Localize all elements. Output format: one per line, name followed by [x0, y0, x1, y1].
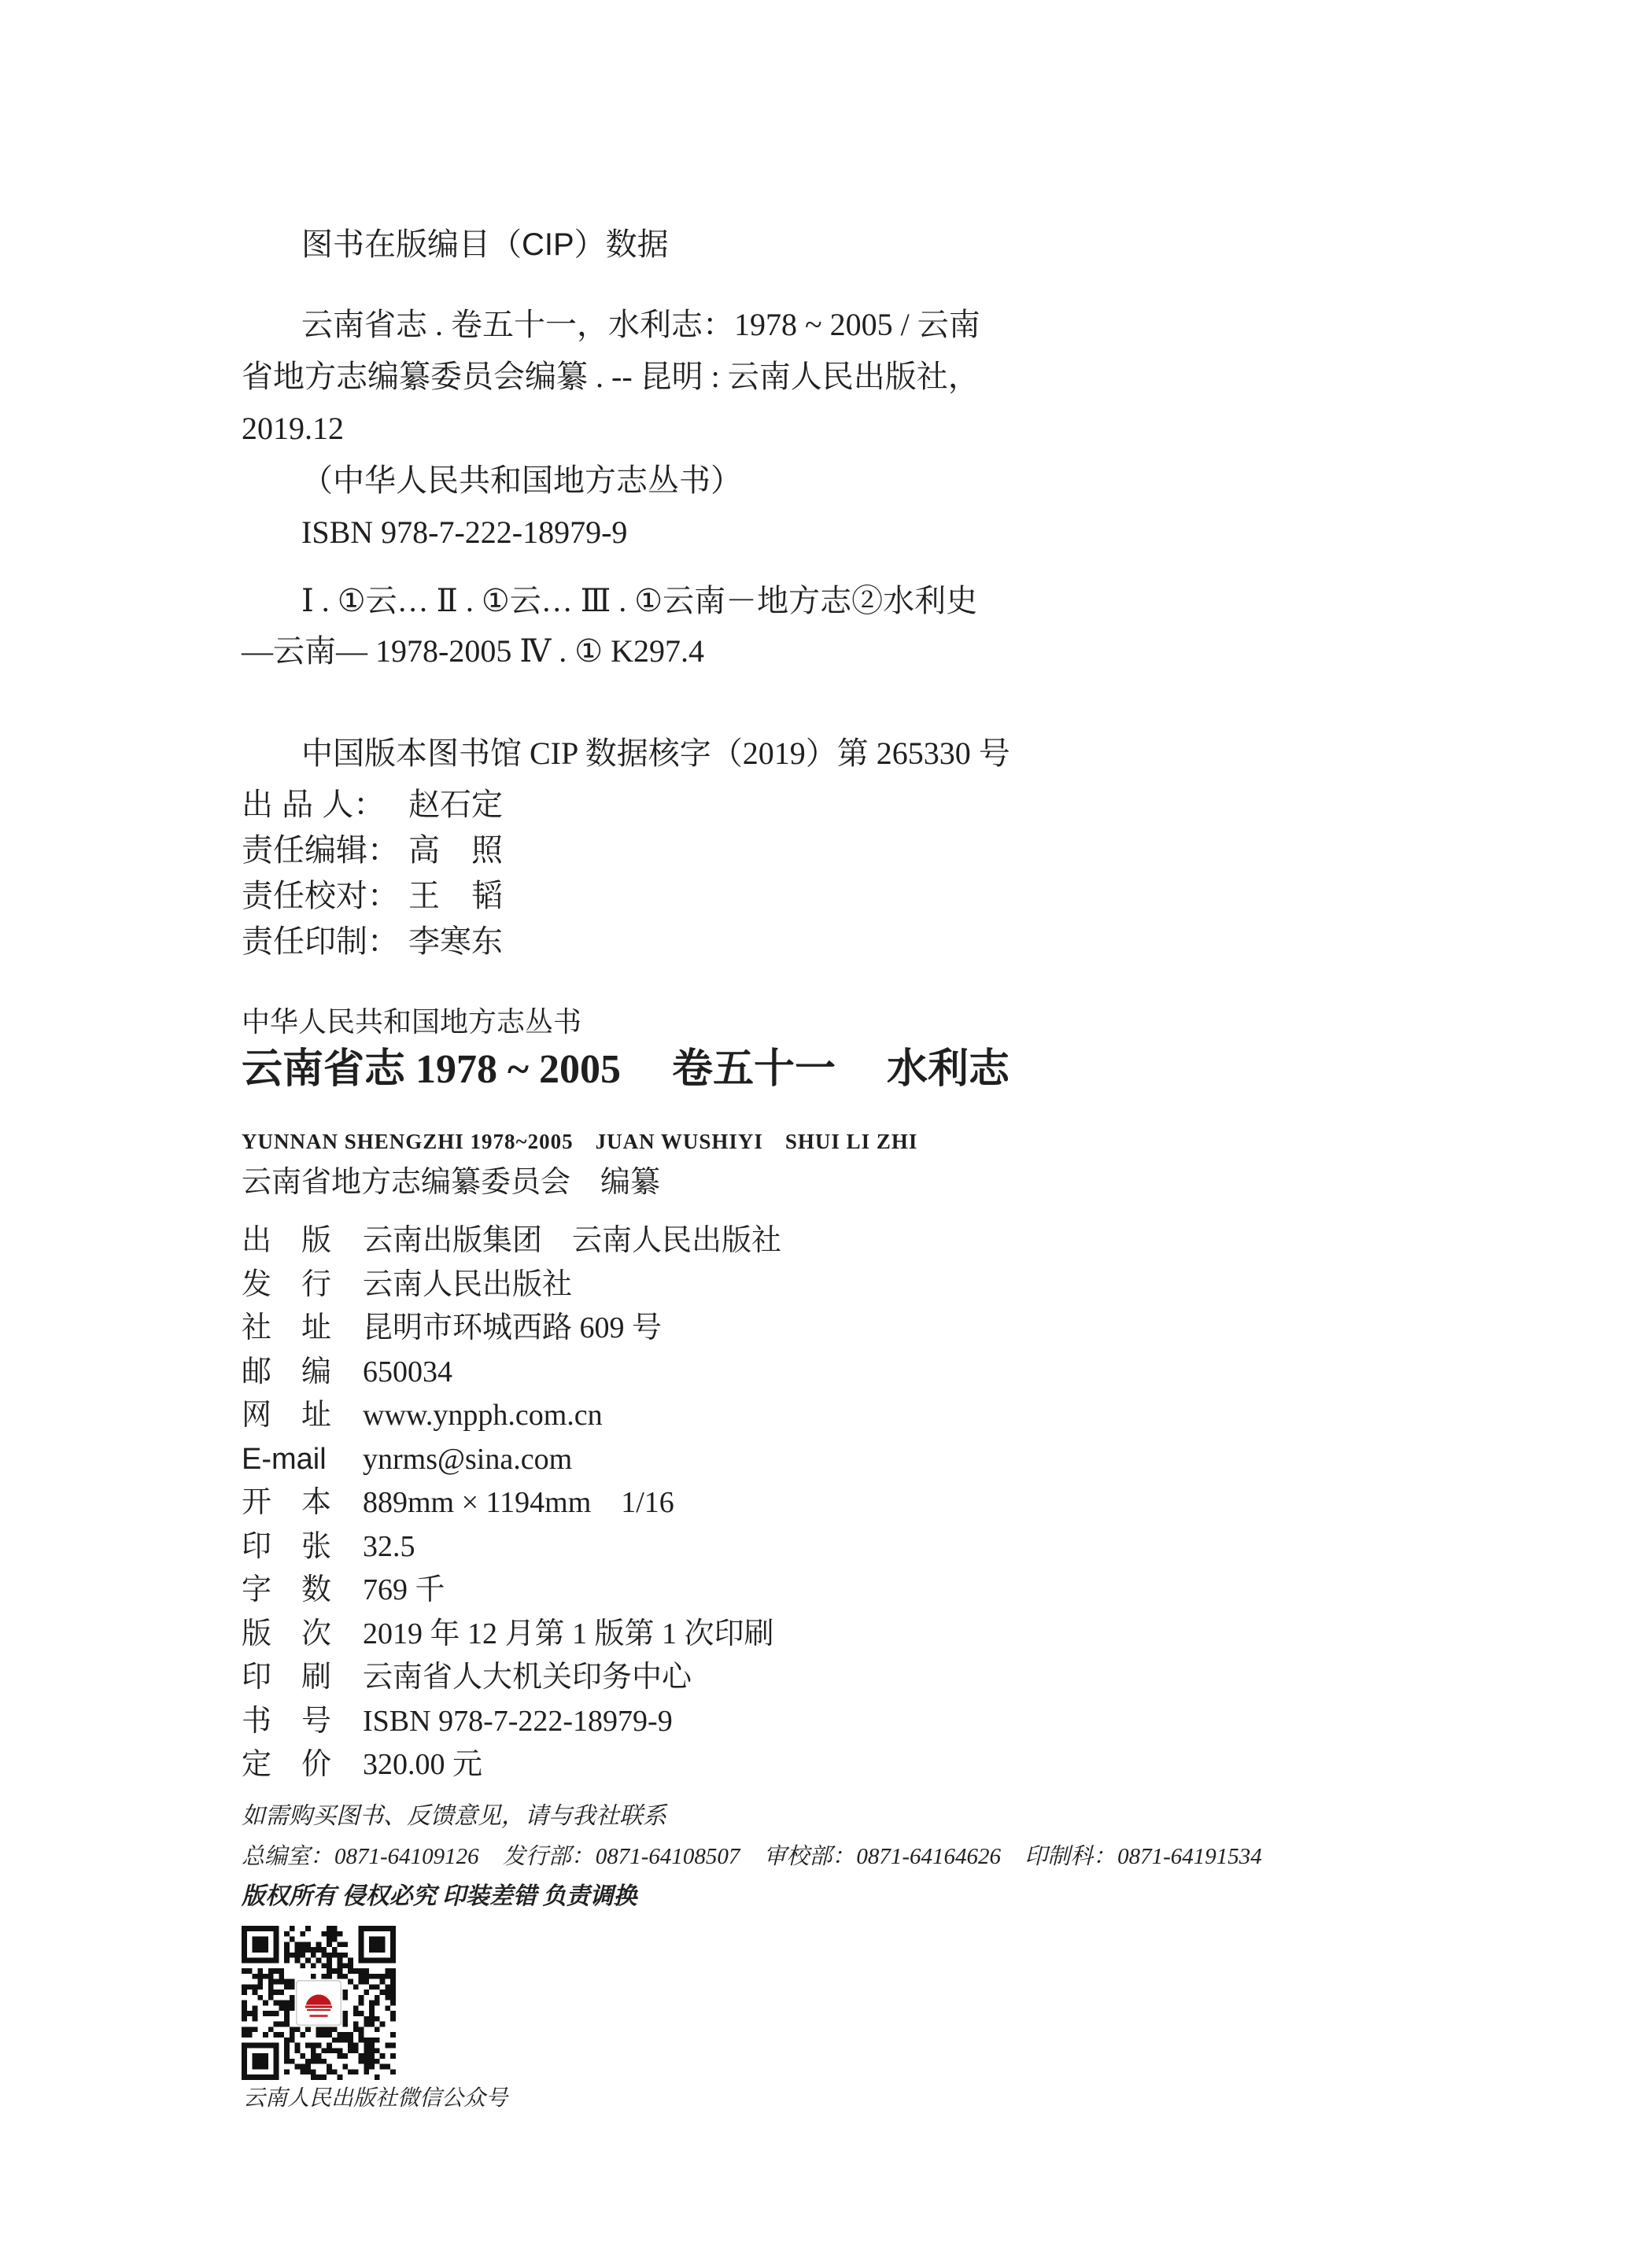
phone-dept: 审校部： — [763, 1844, 855, 1869]
cip-description-line: 2019.12 — [242, 403, 1343, 455]
pub-value: 650034 — [363, 1351, 452, 1395]
pub-row-distributor: 发 行 云南人民出版社 — [242, 1263, 781, 1307]
book-title-pinyin: YUNNAN SHENGZHI 1978~2005 JUAN WUSHIYI S… — [242, 1128, 917, 1155]
pub-row-publisher: 出 版 云南出版集团 云南人民出版社 — [242, 1219, 781, 1263]
pub-value: 2019 年 12 月第 1 版第 1 次印刷 — [363, 1613, 774, 1657]
pub-value: 32.5 — [363, 1525, 415, 1569]
phone-entry: 审校部：0871-64164626 — [763, 1842, 1001, 1871]
pub-label: 版 次 — [242, 1613, 338, 1657]
qr-code — [242, 1926, 396, 2080]
cip-record-number: 中国版本图书馆 CIP 数据核字（2019）第 265330 号 — [301, 735, 1010, 773]
staff-label-print-supervisor: 责任印制： — [242, 919, 408, 964]
pub-label: 邮 编 — [242, 1351, 338, 1395]
qr-caption: 云南人民出版社微信公众号 — [243, 2085, 508, 2113]
pub-label: 开 本 — [242, 1481, 338, 1525]
staff-name-editor: 高 照 — [408, 828, 503, 873]
phone-number: 0871-64109126 — [334, 1844, 479, 1869]
staff-label-proofreader: 责任校对： — [242, 873, 408, 919]
pub-row-format: 开 本 889mm × 1194mm 1/16 — [242, 1481, 781, 1525]
cip-header: 图书在版编目（CIP）数据 — [301, 227, 669, 263]
publication-info-block: 出 版 云南出版集团 云南人民出版社 发 行 云南人民出版社 社 址 昆明市环城… — [242, 1219, 781, 1787]
pub-label: E-mail — [242, 1438, 338, 1482]
copyright-notice: 版权所有 侵权必究 印装差错 负责调换 — [242, 1882, 637, 1912]
pub-row-address: 社 址 昆明市环城西路 609 号 — [242, 1307, 781, 1351]
pub-value: 云南人民出版社 — [363, 1263, 572, 1307]
staff-name-proofreader: 王 韬 — [408, 873, 503, 919]
cip-classification-line: Ⅰ . ①云… Ⅱ . ①云… Ⅲ . ①云南－地方志②水利史 — [242, 576, 1343, 626]
staff-name-producer: 赵石定 — [408, 782, 503, 828]
phone-entry: 发行部：0871-64108507 — [503, 1842, 740, 1871]
pub-value: ynrms@sina.com — [363, 1438, 572, 1482]
pub-label: 网 址 — [242, 1394, 338, 1438]
staff-row: 出 品 人： 赵石定 — [242, 782, 503, 828]
cip-isbn-line: ISBN 978-7-222-18979-9 — [242, 507, 1343, 559]
pub-value: ISBN 978-7-222-18979-9 — [363, 1700, 673, 1744]
pub-row-postcode: 邮 编 650034 — [242, 1351, 781, 1395]
pub-value: 昆明市环城西路 609 号 — [363, 1307, 662, 1351]
series-title: 中华人民共和国地方志丛书 — [242, 1005, 581, 1038]
pub-row-printer: 印 刷 云南省人大机关印务中心 — [242, 1656, 781, 1700]
pub-row-sheets: 印 张 32.5 — [242, 1525, 781, 1569]
qr-code-image — [242, 1926, 396, 2080]
phone-number: 0871-64108507 — [596, 1844, 740, 1869]
staff-row: 责任校对： 王 韬 — [242, 873, 503, 919]
pub-row-wordcount: 字 数 769 千 — [242, 1569, 781, 1613]
phone-number: 0871-64191534 — [1117, 1844, 1262, 1869]
phone-line: 总编室：0871-64109126 发行部：0871-64108507 审校部：… — [242, 1842, 1286, 1871]
staff-label-producer: 出 品 人： — [242, 782, 408, 828]
pub-value: www.ynpph.com.cn — [363, 1394, 603, 1438]
pub-label: 社 址 — [242, 1307, 338, 1351]
cip-classification-line: —云南— 1978-2005 Ⅳ . ① K297.4 — [242, 626, 1343, 677]
staff-name-print-supervisor: 李寒东 — [408, 919, 503, 964]
phone-entry: 印制科：0871-64191534 — [1024, 1842, 1262, 1871]
staff-block: 出 品 人： 赵石定 责任编辑： 高 照 责任校对： 王 韬 责任印制： 李寒东 — [242, 782, 503, 964]
book-title: 云南省志 1978 ~ 2005 卷五十一 水利志 — [242, 1046, 1010, 1093]
phone-dept: 印制科： — [1024, 1844, 1116, 1869]
pub-label: 字 数 — [242, 1569, 338, 1613]
pub-label: 印 张 — [242, 1525, 338, 1569]
cip-description-line: 云南省志 . 卷五十一，水利志：1978 ~ 2005 / 云南 — [242, 299, 1343, 351]
phone-entry: 总编室：0871-64109126 — [242, 1842, 479, 1871]
phone-dept: 总编室： — [242, 1844, 333, 1869]
cip-classification: Ⅰ . ①云… Ⅱ . ①云… Ⅲ . ①云南－地方志②水利史 —云南— 197… — [242, 576, 1343, 677]
pub-label: 出 版 — [242, 1219, 338, 1263]
pub-label: 印 刷 — [242, 1656, 338, 1700]
staff-label-editor: 责任编辑： — [242, 828, 408, 873]
staff-row: 责任编辑： 高 照 — [242, 828, 503, 873]
cip-description: 云南省志 . 卷五十一，水利志：1978 ~ 2005 / 云南 省地方志编纂委… — [242, 299, 1343, 559]
pub-value: 云南出版集团 云南人民出版社 — [363, 1219, 781, 1263]
pub-row-email: E-mail ynrms@sina.com — [242, 1438, 781, 1482]
pub-row-price: 定 价 320.00 元 — [242, 1743, 781, 1787]
pub-value: 889mm × 1194mm 1/16 — [363, 1481, 674, 1525]
compiler-line: 云南省地方志编纂委员会 编纂 — [242, 1164, 660, 1200]
pub-row-isbn: 书 号 ISBN 978-7-222-18979-9 — [242, 1700, 781, 1744]
phone-dept: 发行部： — [503, 1844, 594, 1869]
pub-value: 云南省人大机关印务中心 — [363, 1656, 692, 1700]
cip-series-note: （中华人民共和国地方志丛书） — [242, 455, 1343, 507]
pub-label: 发 行 — [242, 1263, 338, 1307]
cip-description-line: 省地方志编纂委员会编纂 . -- 昆明 : 云南人民出版社， — [242, 351, 1343, 403]
pub-value: 320.00 元 — [363, 1743, 482, 1787]
staff-row: 责任印制： 李寒东 — [242, 919, 503, 964]
colophon-page: 图书在版编目（CIP）数据 云南省志 . 卷五十一，水利志：1978 ~ 200… — [0, 0, 1639, 2268]
pub-row-website: 网 址 www.ynpph.com.cn — [242, 1394, 781, 1438]
pub-value: 769 千 — [363, 1569, 445, 1613]
phone-number: 0871-64164626 — [856, 1844, 1001, 1869]
pub-row-edition: 版 次 2019 年 12 月第 1 版第 1 次印刷 — [242, 1613, 781, 1657]
pub-label: 定 价 — [242, 1743, 338, 1787]
contact-note: 如需购买图书、反馈意见，请与我社联系 — [242, 1801, 666, 1831]
pub-label: 书 号 — [242, 1700, 338, 1744]
